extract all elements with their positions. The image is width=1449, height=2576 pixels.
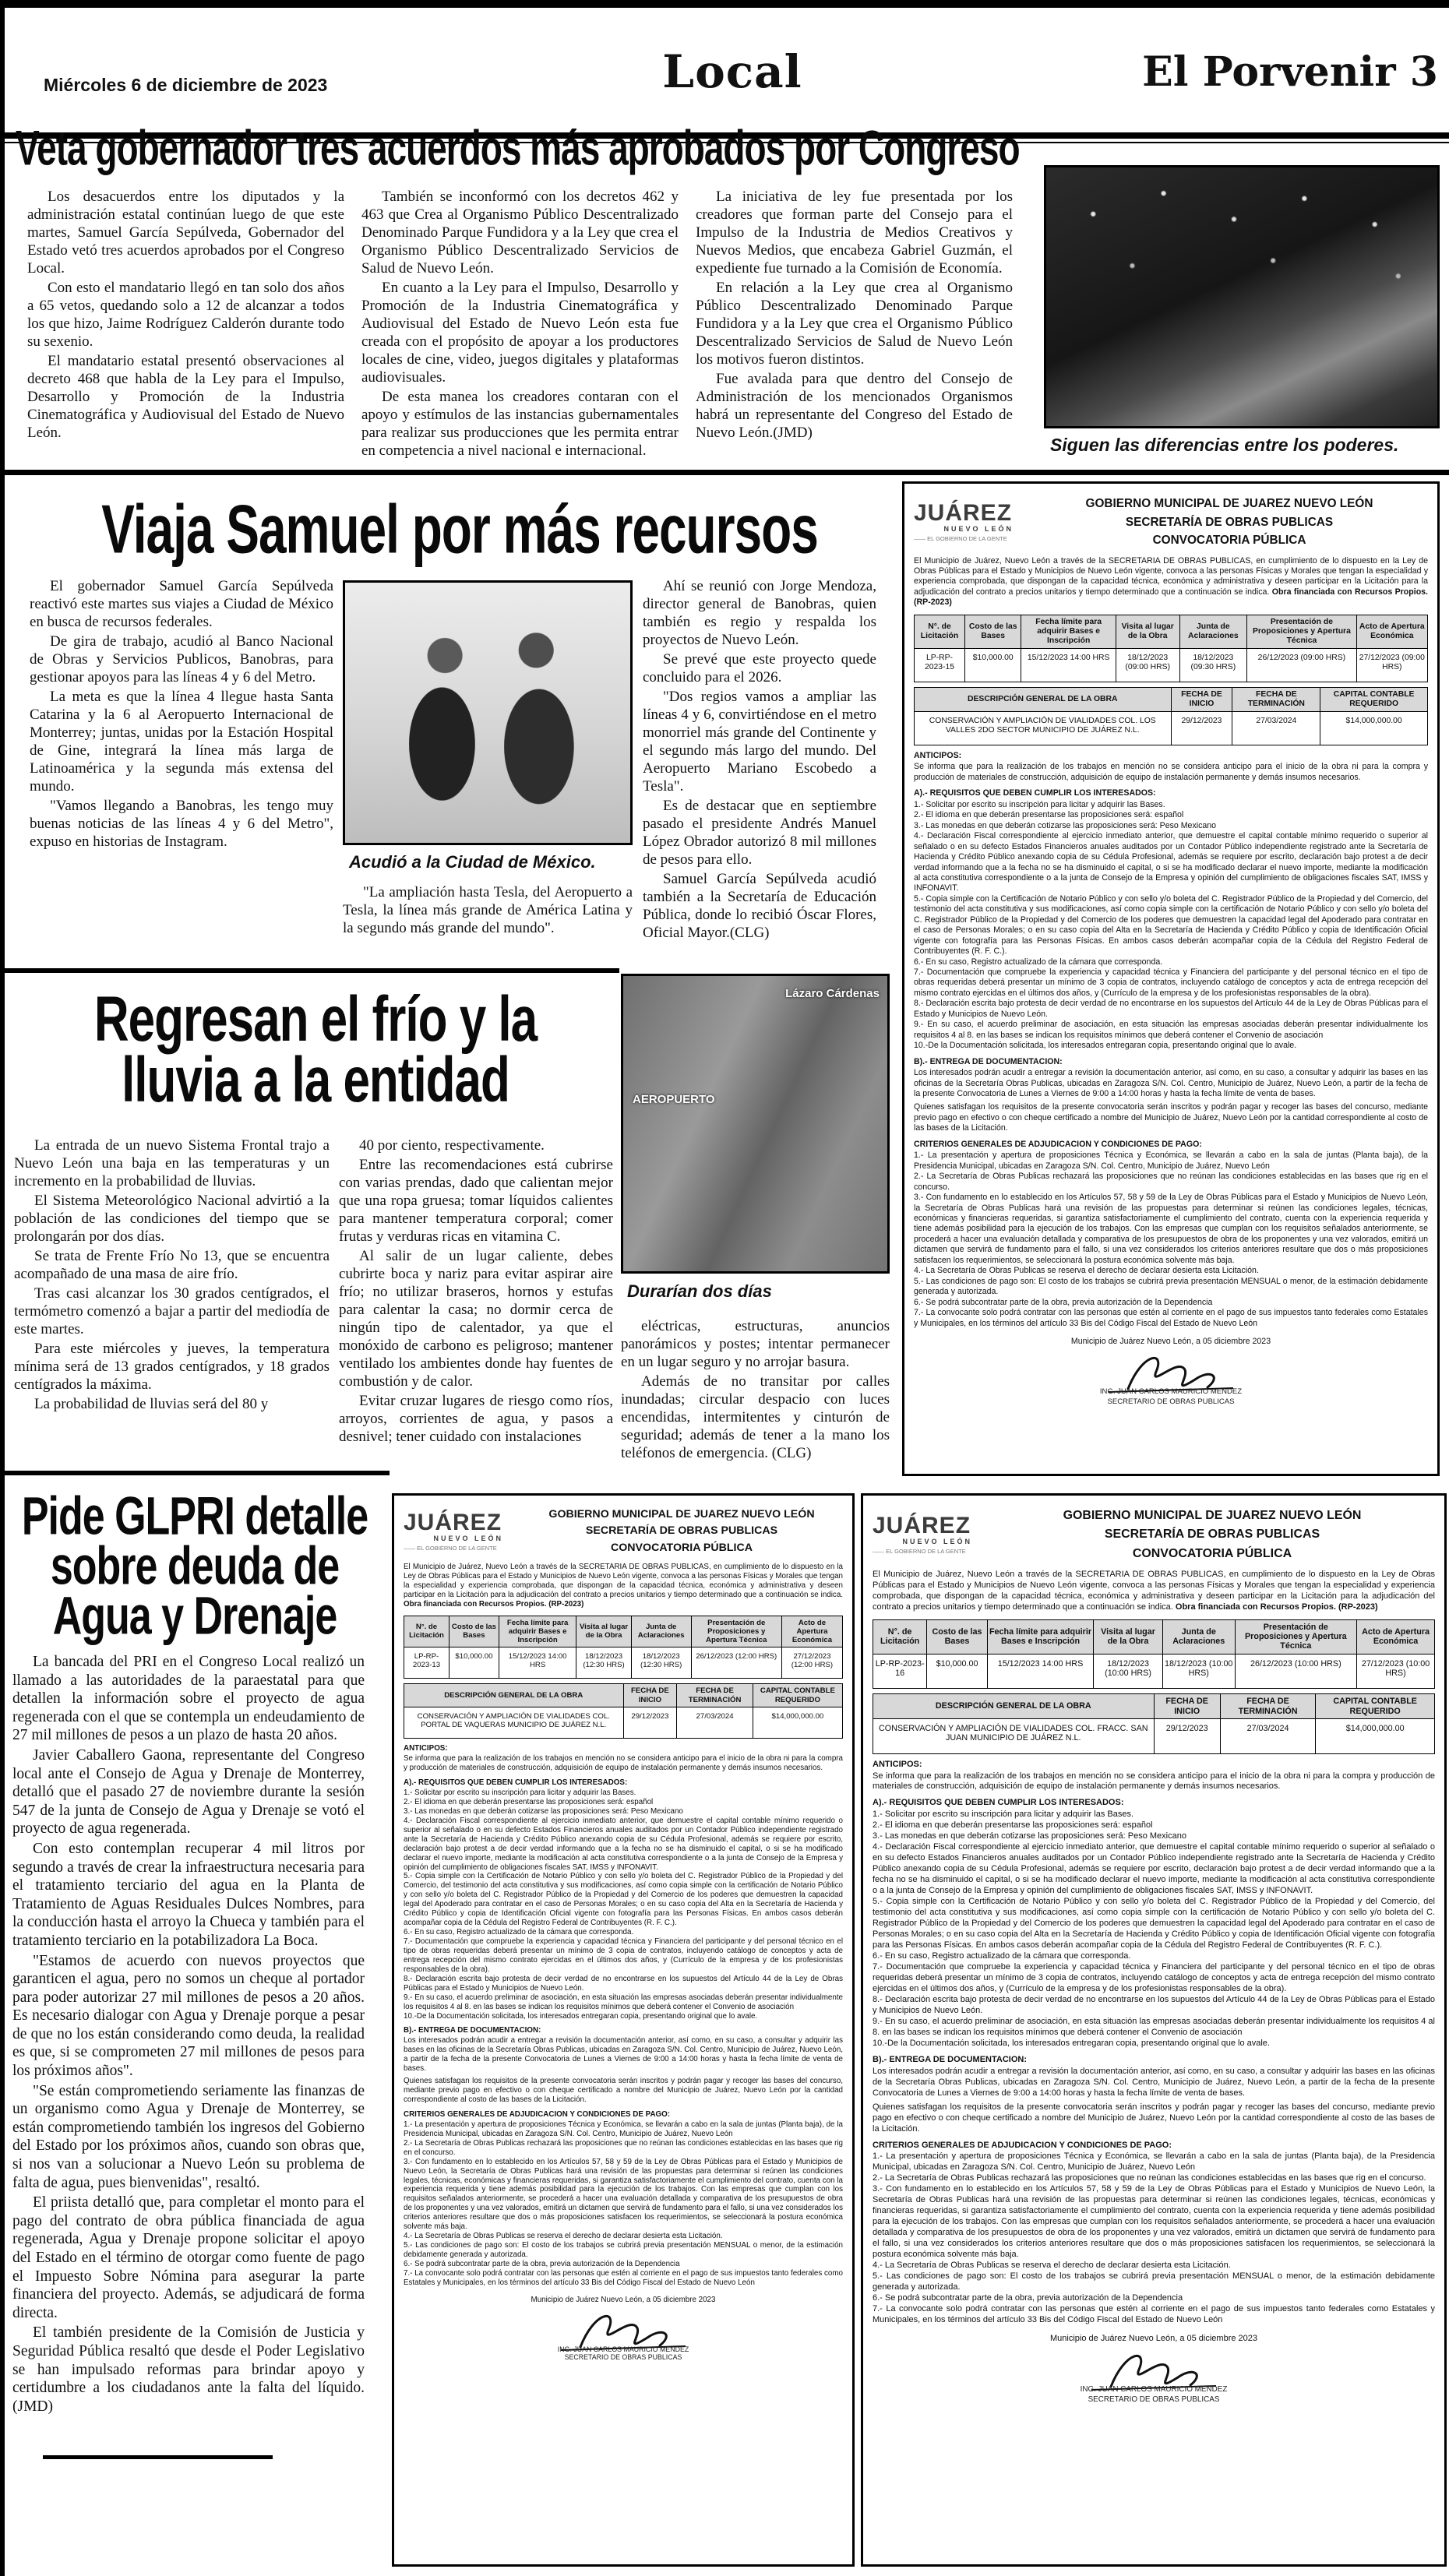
- col-apertura: Acto de Apertura Económica: [781, 1616, 842, 1647]
- list-item: 7.- La convocante solo podrá contratar c…: [404, 2269, 843, 2288]
- list-item: El gobernador Samuel García Sepúlveda re…: [30, 578, 333, 632]
- list-item: 1.- La presentación y apertura de propos…: [914, 1151, 1428, 1172]
- cell-junta: 18/12/2023 (12:30 HRS): [631, 1647, 691, 1679]
- licitacion-row: LP-RP-2023-15 $10,000.00 15/12/2023 14:0…: [915, 648, 1428, 682]
- article-veta-body: Los desacuerdos entre los diputados y la…: [27, 189, 1013, 470]
- page-edge-left: [0, 0, 5, 2576]
- list-item: Evitar cruzar lugares de riesgo como río…: [339, 1393, 613, 1447]
- col-apertura: Acto de Apertura Económica: [1356, 615, 1427, 648]
- anticipos-title: ANTICIPOS:: [404, 1744, 843, 1753]
- col-capital: CAPITAL CONTABLE REQUERIDO: [1320, 687, 1428, 711]
- list-item: 5.- Las condiciones de pago son: El cost…: [404, 2241, 843, 2260]
- cell-fecha-limite: 15/12/2023 14:00 HRS: [987, 1654, 1093, 1688]
- criterios-title: CRITERIOS GENERALES DE ADJUDICACION Y CO…: [404, 2110, 843, 2120]
- list-item: "Dos regios vamos a ampliar las líneas 4…: [643, 689, 876, 796]
- list-item: eléctricas, estructuras, anuncios panorá…: [621, 1318, 890, 1372]
- list-item: 8.- Declaración escrita bajo protesta de…: [404, 1975, 843, 1993]
- article-frio-col1: La entrada de un nuevo Sistema Frontal t…: [14, 1137, 330, 1466]
- cell-lic-no: LP-RP-2023-16: [873, 1654, 927, 1688]
- signature-block: ING. JUAN CARLOS MAURICIO MENDEZ SECRETA…: [873, 2346, 1435, 2418]
- list-item: Samuel García Sepúlveda acudió también a…: [643, 871, 876, 943]
- list-item: 6.- En su caso, Registro actualizado de …: [914, 957, 1428, 967]
- convocatoria-box-2: JUÁREZ NUEVO LEÓN —— EL GOBIERNO DE LA G…: [392, 1493, 855, 2567]
- anticipos-text: Se informa que para la realización de lo…: [914, 762, 1428, 783]
- list-item: En relación a la Ley que crea al Organis…: [696, 280, 1013, 369]
- juarez-logo-tag: —— EL GOBIERNO DE LA GENTE: [404, 1545, 520, 1552]
- convocatoria-date: Municipio de Juárez Nuevo León, a 05 dic…: [404, 2296, 843, 2305]
- list-item: 6.- Se podrá subcontratar parte de la ob…: [914, 1298, 1428, 1308]
- list-item: 5.- Las condiciones de pago son: El cost…: [914, 1277, 1428, 1298]
- list-item: 6.- Se podrá subcontratar parte de la ob…: [404, 2260, 843, 2269]
- col-costo: Costo de las Bases: [965, 615, 1021, 648]
- list-item: 1.- La presentación y apertura de propos…: [404, 2120, 843, 2139]
- col-inicio: FECHA DE INICIO: [623, 1684, 677, 1707]
- cell-apertura: 27/12/2023 (09:00 HRS): [1356, 648, 1427, 682]
- list-item: Al salir de un lugar caliente, debes cub…: [339, 1248, 613, 1391]
- col-junta: Junta de Aclaraciones: [1179, 615, 1247, 648]
- list-item: 6.- Se podrá subcontratar parte de la ob…: [873, 2293, 1435, 2304]
- list-item: 4.- Declaración Fiscal correspondiente a…: [873, 1842, 1435, 1897]
- list-item: 3.- Con fundamento en lo establecido en …: [404, 2158, 843, 2232]
- list-item: 9.- En su caso, el acuerdo preliminar de…: [914, 1020, 1428, 1041]
- signer-name: ING. JUAN CARLOS MAURICIO MENDEZ: [404, 2345, 843, 2354]
- list-item: 3.- Las monedas en que deberán cotizarse…: [404, 1807, 843, 1817]
- list-item: 7.- Documentación que compruebe la exper…: [914, 967, 1428, 999]
- entrega-p1: Los interesados podrán acudir a entregar…: [404, 2036, 843, 2074]
- signature-block: ING. JUAN CARLOS MAURICIO MENDEZ SECRETA…: [404, 2306, 843, 2378]
- photo-meeting: [343, 580, 633, 845]
- list-item: 4.- La Secretaría de Obras Publicas se r…: [873, 2261, 1435, 2271]
- list-item: 6.- En su caso, Registro actualizado de …: [404, 1928, 843, 1937]
- cell-fecha-limite: 15/12/2023 14:00 HRS: [1021, 648, 1116, 682]
- photo-congress: [1044, 165, 1440, 428]
- list-item: El Sistema Meteorológico Nacional advirt…: [14, 1193, 330, 1246]
- list-item: En cuanto a la Ley para el Impulso, Desa…: [361, 280, 679, 387]
- cell-presentacion: 26/12/2023 (10:00 HRS): [1235, 1654, 1356, 1688]
- convocatoria-header-2: SECRETARÍA DE OBRAS PUBLICAS: [989, 1527, 1435, 1542]
- col-licitacion: N°. de Licitación: [404, 1616, 450, 1647]
- list-item: 3.- Las monedas en que deberán cotizarse…: [914, 821, 1428, 831]
- cell-capital: $14,000,000.00: [1316, 1719, 1435, 1753]
- col-licitacion: N°. de Licitación: [915, 615, 965, 648]
- list-item: Además de no transitar por calles inunda…: [621, 1373, 890, 1463]
- cell-inicio: 29/12/2023: [1154, 1719, 1220, 1753]
- list-item: 7.- La convocante solo podrá contratar c…: [914, 1308, 1428, 1329]
- cell-costo: $10,000.00: [449, 1647, 499, 1679]
- list-item: Se trata de Frente Frío No 13, que se en…: [14, 1248, 330, 1284]
- juarez-logo-word: JUÁREZ: [873, 1514, 989, 1538]
- cell-fecha-limite: 15/12/2023 14:00 HRS: [499, 1647, 576, 1679]
- list-item: 3.- Las monedas en que deberán cotizarse…: [873, 1831, 1435, 1842]
- list-item: 4.- La Secretaría de Obras Publicas se r…: [404, 2232, 843, 2241]
- col-presentacion: Presentación de Proposiciones y Apertura…: [1247, 615, 1356, 648]
- list-item: 10.-De la Documentación solicitada, los …: [404, 2012, 843, 2021]
- entrega-title: B).- ENTREGA DE DOCUMENTACION:: [404, 2026, 843, 2035]
- list-item: De gira de trabajo, acudió al Banco Naci…: [30, 633, 333, 687]
- requisitos-list: 1.- Solicitar por escrito su inscripción…: [873, 1810, 1435, 2049]
- cell-junta: 18/12/2023 (10:00 HRS): [1162, 1654, 1235, 1688]
- obra-row: CONSERVACIÓN Y AMPLIACIÓN DE VIALIDADES …: [873, 1719, 1435, 1753]
- list-item: La probabilidad de lluvias será del 80 y: [14, 1396, 330, 1414]
- cell-costo: $10,000.00: [965, 648, 1021, 682]
- juarez-logo-word: JUÁREZ: [404, 1511, 520, 1535]
- list-item: 1.- Solicitar por escrito su inscripción…: [404, 1788, 843, 1798]
- signer-title: SECRETARIO DE OBRAS PUBLICAS: [914, 1397, 1428, 1407]
- col-visita: Visita al lugar de la Obra: [1094, 1619, 1163, 1654]
- licitacion-table: N°. de Licitación Costo de las Bases Fec…: [873, 1619, 1435, 1690]
- cell-capital: $14,000,000.00: [753, 1707, 842, 1739]
- article-viaja-col1: El gobernador Samuel García Sepúlveda re…: [30, 578, 333, 1026]
- list-item: Se prevé que este proyecto quede conclui…: [643, 651, 876, 687]
- criterios-title: CRITERIOS GENERALES DE ADJUDICACION Y CO…: [873, 2141, 1435, 2151]
- list-item: 10.-De la Documentación solicitada, los …: [873, 2039, 1435, 2049]
- list-item: 9.- En su caso, el acuerdo preliminar de…: [404, 1993, 843, 2012]
- juarez-logo-tag: —— EL GOBIERNO DE LA GENTE: [873, 1548, 989, 1556]
- entrega-p2: Quienes satisfagan los requisitos de la …: [404, 2077, 843, 2105]
- convocatoria-intro-bold: Obra financiada con Recursos Propios. (R…: [1176, 1602, 1378, 1612]
- headline-viaja: Viaja Samuel por más recursos: [47, 489, 873, 547]
- list-item: 5.- Copia simple con la Certificación de…: [404, 1872, 843, 1928]
- list-item: 7.- La convocante solo podrá contratar c…: [873, 2304, 1435, 2326]
- convocatoria-intro-bold: Obra financiada con Recursos Propios. (R…: [404, 1600, 583, 1609]
- section-rule-1: [0, 470, 1449, 475]
- list-item: 5.- Copia simple con la Certificación de…: [873, 1897, 1435, 1951]
- list-item: La meta es que la línea 4 llegue hasta S…: [30, 689, 333, 796]
- list-item: Javier Caballero Gaona, representante de…: [12, 1746, 365, 1838]
- list-item: Con esto contemplan recuperar 4 mil litr…: [12, 1840, 365, 1951]
- list-item: "Se están comprometiendo seriamente las …: [12, 2082, 365, 2193]
- juarez-logo-sub: NUEVO LEÓN: [404, 1535, 503, 1543]
- anticipos-title: ANTICIPOS:: [873, 1760, 1435, 1771]
- anticipos-text: Se informa que para la realización de lo…: [404, 1754, 843, 1773]
- obra-table: DESCRIPCIÓN GENERAL DE LA OBRA FECHA DE …: [914, 687, 1428, 745]
- obra-table: DESCRIPCIÓN GENERAL DE LA OBRA FECHA DE …: [404, 1683, 843, 1739]
- convocatoria-header-2: SECRETARÍA DE OBRAS PUBLICAS: [520, 1524, 843, 1538]
- list-item: 7.- Documentación que compruebe la exper…: [873, 1962, 1435, 1995]
- criterios-title: CRITERIOS GENERALES DE ADJUDICACION Y CO…: [914, 1140, 1428, 1150]
- criterios-list: 1.- La presentación y apertura de propos…: [914, 1151, 1428, 1329]
- list-item: "La ampliación hasta Tesla, del Aeropuer…: [343, 884, 633, 938]
- list-item: Con esto el mandatario llegó en tan solo…: [27, 280, 344, 351]
- col-terminacion: FECHA DE TERMINACIÓN: [1232, 687, 1320, 711]
- obra-table: DESCRIPCIÓN GENERAL DE LA OBRA FECHA DE …: [873, 1693, 1435, 1753]
- col-terminacion: FECHA DE TERMINACIÓN: [1220, 1694, 1316, 1719]
- article-viaja-col3: Ahí se reunió con Jorge Mendoza, directo…: [643, 578, 876, 1026]
- list-item: 4.- La Secretaría de Obras Publicas se r…: [914, 1266, 1428, 1276]
- convocatoria-header-1: GOBIERNO MUNICIPAL DE JUAREZ NUEVO LEÓN: [989, 1508, 1435, 1524]
- col-costo: Costo de las Bases: [449, 1616, 499, 1647]
- col-capital: CAPITAL CONTABLE REQUERIDO: [753, 1684, 842, 1707]
- signer-name: ING. JUAN CARLOS MAURICIO MENDEZ: [873, 2385, 1435, 2395]
- obra-row: CONSERVACIÓN Y AMPLIACIÓN DE VIALIDADES …: [915, 711, 1428, 745]
- convocatoria-intro: El Municipio de Juárez, Nuevo León a tra…: [914, 556, 1428, 608]
- col-descripcion: DESCRIPCIÓN GENERAL DE LA OBRA: [873, 1694, 1155, 1719]
- list-item: 10.-De la Documentación solicitada, los …: [914, 1041, 1428, 1051]
- list-item: 2.- El idioma en que deberán presentarse…: [873, 1820, 1435, 1831]
- photo-street-label: Lázaro Cárdenas: [785, 987, 880, 1000]
- licitacion-table: N°. de Licitación Costo de las Bases Fec…: [404, 1616, 843, 1679]
- criterios-list: 1.- La presentación y apertura de propos…: [404, 2120, 843, 2288]
- list-item: También se inconformó con los decretos 4…: [361, 189, 679, 278]
- entrega-title: B).- ENTREGA DE DOCUMENTACION:: [873, 2055, 1435, 2066]
- list-item: El mandatario estatal presentó observaci…: [27, 353, 344, 442]
- cell-inicio: 29/12/2023: [623, 1707, 677, 1739]
- criterios-list: 1.- La presentación y apertura de propos…: [873, 2151, 1435, 2326]
- entrega-p2: Quienes satisfagan los requisitos de la …: [914, 1102, 1428, 1133]
- photo-airport-label: AEROPUERTO: [633, 1093, 715, 1106]
- list-item: Los desacuerdos entre los diputados y la…: [27, 189, 344, 278]
- list-item: 2.- El idioma en que deberán presentarse…: [914, 810, 1428, 820]
- juarez-logo-tag: —— EL GOBIERNO DE LA GENTE: [914, 535, 1031, 543]
- section-rule-2: [0, 968, 619, 973]
- cell-obra: CONSERVACIÓN Y AMPLIACIÓN DE VIALIDADES …: [873, 1719, 1155, 1753]
- list-item: "Vamos llegando a Banobras, les tengo mu…: [30, 798, 333, 851]
- col-terminacion: FECHA DE TERMINACIÓN: [677, 1684, 753, 1707]
- list-item: Fue avalada para que dentro del Consejo …: [696, 371, 1013, 442]
- list-item: 1.- Solicitar por escrito su inscripción…: [873, 1810, 1435, 1820]
- list-item: La bancada del PRI en el Congreso Local …: [12, 1653, 365, 1745]
- list-item: La entrada de un nuevo Sistema Frontal t…: [14, 1137, 330, 1191]
- cell-presentacion: 26/12/2023 (12:00 HRS): [691, 1647, 781, 1679]
- list-item: 6.- En su caso, Registro actualizado de …: [873, 1951, 1435, 1962]
- juarez-logo-sub: NUEVO LEÓN: [914, 525, 1014, 534]
- convocatoria-box-1: JUÁREZ NUEVO LEÓN —— EL GOBIERNO DE LA G…: [902, 481, 1440, 1476]
- col-presentacion: Presentación de Proposiciones y Apertura…: [691, 1616, 781, 1647]
- requisitos-title: A).- REQUISITOS QUE DEBEN CUMPLIR LOS IN…: [404, 1778, 843, 1788]
- list-item: 7.- Documentación que compruebe la exper…: [404, 1937, 843, 1975]
- convocatoria-date: Municipio de Juárez Nuevo León, a 05 dic…: [914, 1337, 1428, 1347]
- cell-terminacion: 27/03/2024: [1232, 711, 1320, 745]
- article-frio-col3: eléctricas, estructuras, anuncios panorá…: [621, 1318, 890, 1470]
- juarez-logo: JUÁREZ NUEVO LEÓN —— EL GOBIERNO DE LA G…: [404, 1511, 520, 1552]
- article-glpri-body: La bancada del PRI en el Congreso Local …: [12, 1653, 365, 2447]
- cell-obra: CONSERVACIÓN Y AMPLIACIÓN DE VIALIDADES …: [915, 711, 1172, 745]
- convocatoria-date: Municipio de Juárez Nuevo León, a 05 dic…: [873, 2334, 1435, 2345]
- cell-inicio: 29/12/2023: [1171, 711, 1232, 745]
- col-visita: Visita al lugar de la Obra: [576, 1616, 631, 1647]
- cell-obra: CONSERVACIÓN Y AMPLIACIÓN DE VIALIDADES …: [404, 1707, 624, 1739]
- headline-frio: Regresan el frío y la lluvia a la entida…: [19, 980, 612, 1101]
- convocatoria-header-3: CONVOCATORIA PÚBLICA: [520, 1542, 843, 1555]
- juarez-logo-sub: NUEVO LEÓN: [873, 1538, 972, 1546]
- newspaper-page: Miércoles 6 de diciembre de 2023 Local E…: [0, 0, 1449, 2576]
- anticipos-title: ANTICIPOS:: [914, 751, 1428, 761]
- list-item: Ahí se reunió con Jorge Mendoza, directo…: [643, 578, 876, 650]
- col-fecha-limite: Fecha límite para adquirir Bases e Inscr…: [499, 1616, 576, 1647]
- cell-visita: 18/12/2023 (12:30 HRS): [576, 1647, 631, 1679]
- list-item: 2.- La Secretaría de Obras Publicas rech…: [404, 2139, 843, 2158]
- col-capital: CAPITAL CONTABLE REQUERIDO: [1316, 1694, 1435, 1719]
- edition-date: Miércoles 6 de diciembre de 2023: [44, 75, 327, 96]
- list-item: 1.- Solicitar por escrito su inscripción…: [914, 800, 1428, 810]
- list-item: "Estamos de acuerdo con nuevos proyectos…: [12, 1952, 365, 2081]
- list-item: 5.- Las condiciones de pago son: El cost…: [873, 2271, 1435, 2293]
- requisitos-title: A).- REQUISITOS QUE DEBEN CUMPLIR LOS IN…: [873, 1798, 1435, 1809]
- col-visita: Visita al lugar de la Obra: [1116, 615, 1179, 648]
- licitacion-table: N°. de Licitación Costo de las Bases Fec…: [914, 615, 1428, 682]
- photo-meeting-caption: Acudió a la Ciudad de México.: [349, 852, 633, 872]
- cell-visita: 18/12/2023 (10:00 HRS): [1094, 1654, 1163, 1688]
- juarez-logo-word: JUÁREZ: [914, 502, 1031, 525]
- anticipos-text: Se informa que para la realización de lo…: [873, 1771, 1435, 1793]
- list-item: 3.- Con fundamento en lo establecido en …: [914, 1193, 1428, 1266]
- list-item: 8.- Declaración escrita bajo protesta de…: [873, 1995, 1435, 2017]
- list-item: La iniciativa de ley fue presentada por …: [696, 189, 1013, 278]
- convocatoria-header-1: GOBIERNO MUNICIPAL DE JUAREZ NUEVO LEÓN: [520, 1508, 843, 1521]
- cell-presentacion: 26/12/2023 (09:00 HRS): [1247, 648, 1356, 682]
- signer-title: SECRETARIO DE OBRAS PUBLICAS: [873, 2395, 1435, 2405]
- requisitos-list: 1.- Solicitar por escrito su inscripción…: [404, 1788, 843, 2021]
- juarez-logo: JUÁREZ NUEVO LEÓN —— EL GOBIERNO DE LA G…: [873, 1514, 989, 1556]
- convocatoria-intro: El Municipio de Juárez, Nuevo León a tra…: [404, 1563, 843, 1609]
- col-inicio: FECHA DE INICIO: [1171, 687, 1232, 711]
- photo-aerial-street: Lázaro Cárdenas AEROPUERTO: [621, 974, 890, 1274]
- entrega-p1: Los interesados podrán acudir a entregar…: [873, 2067, 1435, 2099]
- obra-row: CONSERVACIÓN Y AMPLIACIÓN DE VIALIDADES …: [404, 1707, 843, 1739]
- list-item: 5.- Copia simple con la Certificación de…: [914, 894, 1428, 957]
- col-fecha-limite: Fecha límite para adquirir Bases e Inscr…: [987, 1619, 1093, 1654]
- list-item: Tras casi alcanzar los 30 grados centígr…: [14, 1285, 330, 1339]
- photo-aerial-caption: Durarían dos días: [627, 1281, 892, 1302]
- signature-block: ING. JUAN CARLOS MAURICIO MENDEZ SECRETA…: [914, 1348, 1428, 1420]
- section-rule-3: [0, 1471, 390, 1475]
- list-item: De esta manea los creadores contaran con…: [361, 389, 679, 460]
- article-frio-col2: 40 por ciento, respectivamente.Entre las…: [339, 1137, 613, 1466]
- list-item: 1.- La presentación y apertura de propos…: [873, 2151, 1435, 2173]
- cell-capital: $14,000,000.00: [1320, 711, 1428, 745]
- cell-junta: 18/12/2023 (09:30 HRS): [1179, 648, 1247, 682]
- entrega-title: B).- ENTREGA DE DOCUMENTACION:: [914, 1057, 1428, 1067]
- list-item: 8.- Declaración escrita bajo protesta de…: [914, 999, 1428, 1020]
- col-descripcion: DESCRIPCIÓN GENERAL DE LA OBRA: [915, 687, 1172, 711]
- convocatoria-box-3: JUÁREZ NUEVO LEÓN —— EL GOBIERNO DE LA G…: [861, 1493, 1447, 2567]
- section-title: Local: [592, 45, 873, 98]
- licitacion-row: LP-RP-2023-13 $10,000.00 15/12/2023 14:0…: [404, 1647, 843, 1679]
- convocatoria-header-2: SECRETARÍA DE OBRAS PUBLICAS: [1031, 515, 1428, 530]
- col-presentacion: Presentación de Proposiciones y Apertura…: [1235, 1619, 1356, 1654]
- convocatoria-intro: El Municipio de Juárez, Nuevo León a tra…: [873, 1570, 1435, 1613]
- cell-terminacion: 27/03/2024: [1220, 1719, 1316, 1753]
- col-inicio: FECHA DE INICIO: [1154, 1694, 1220, 1719]
- entrega-p1: Los interesados podrán acudir a entregar…: [914, 1068, 1428, 1099]
- list-item: El priista detalló que, para completar e…: [12, 2194, 365, 2322]
- col-apertura: Acto de Apertura Económica: [1357, 1619, 1435, 1654]
- cell-apertura: 27/12/2023 (10:00 HRS): [1357, 1654, 1435, 1688]
- headline-glpri: Pide GLPRI detalle sobre deuda de Agua y…: [8, 1485, 382, 1634]
- list-item: Es de destacar que en septiembre pasado …: [643, 798, 876, 869]
- list-item: 4.- Declaración Fiscal correspondiente a…: [404, 1817, 843, 1873]
- article-glpri-end-rule: [43, 2455, 273, 2459]
- entrega-p2: Quienes satisfagan los requisitos de la …: [873, 2102, 1435, 2135]
- list-item: 3.- Con fundamento en lo establecido en …: [873, 2184, 1435, 2261]
- licitacion-row: LP-RP-2023-16 $10,000.00 15/12/2023 14:0…: [873, 1654, 1435, 1688]
- list-item: 2.- El idioma en que deberán presentarse…: [404, 1798, 843, 1807]
- list-item: 40 por ciento, respectivamente.: [339, 1137, 613, 1155]
- cell-visita: 18/12/2023 (09:00 HRS): [1116, 648, 1179, 682]
- list-item: El también presidente de la Comisión de …: [12, 2324, 365, 2416]
- juarez-logo: JUÁREZ NUEVO LEÓN —— EL GOBIERNO DE LA G…: [914, 502, 1031, 543]
- col-licitacion: N°. de Licitación: [873, 1619, 927, 1654]
- convocatoria-header-3: CONVOCATORIA PÚBLICA: [1031, 533, 1428, 548]
- requisitos-title: A).- REQUISITOS QUE DEBEN CUMPLIR LOS IN…: [914, 788, 1428, 798]
- convocatoria-intro-text: El Municipio de Juárez, Nuevo León a tra…: [404, 1563, 843, 1599]
- requisitos-list: 1.- Solicitar por escrito su inscripción…: [914, 800, 1428, 1052]
- list-item: Entre las recomendaciones está cubrirse …: [339, 1157, 613, 1246]
- signer-name: ING. JUAN CARLOS MAURICIO MENDEZ: [914, 1387, 1428, 1397]
- col-costo: Costo de las Bases: [927, 1619, 988, 1654]
- col-descripcion: DESCRIPCIÓN GENERAL DE LA OBRA: [404, 1684, 624, 1707]
- col-fecha-limite: Fecha límite para adquirir Bases e Inscr…: [1021, 615, 1116, 648]
- convocatoria-header-1: GOBIERNO MUNICIPAL DE JUAREZ NUEVO LEÓN: [1031, 496, 1428, 512]
- photo-congress-caption: Siguen las diferencias entre los poderes…: [1050, 435, 1440, 456]
- list-item: 9.- En su caso, el acuerdo preliminar de…: [873, 2017, 1435, 2039]
- masthead: El Porvenir 3: [1111, 48, 1438, 96]
- cell-terminacion: 27/03/2024: [677, 1707, 753, 1739]
- cell-apertura: 27/12/2023 (12:00 HRS): [781, 1647, 842, 1679]
- headline-veta: Veta gobernador tres acuerdos más aproba…: [16, 118, 1017, 160]
- signer-title: SECRETARIO DE OBRAS PUBLICAS: [404, 2353, 843, 2362]
- list-item: 4.- Declaración Fiscal correspondiente a…: [914, 831, 1428, 894]
- list-item: Para este miércoles y jueves, la tempera…: [14, 1341, 330, 1394]
- page-edge-top: [0, 0, 1449, 8]
- list-item: 2.- La Secretaría de Obras Publicas rech…: [873, 2173, 1435, 2184]
- cell-lic-no: LP-RP-2023-15: [915, 648, 965, 682]
- col-junta: Junta de Aclaraciones: [1162, 1619, 1235, 1654]
- cell-lic-no: LP-RP-2023-13: [404, 1647, 450, 1679]
- list-item: 2.- La Secretaría de Obras Publicas rech…: [914, 1172, 1428, 1193]
- convocatoria-header-3: CONVOCATORIA PÚBLICA: [989, 1546, 1435, 1562]
- col-junta: Junta de Aclaraciones: [631, 1616, 691, 1647]
- cell-costo: $10,000.00: [927, 1654, 988, 1688]
